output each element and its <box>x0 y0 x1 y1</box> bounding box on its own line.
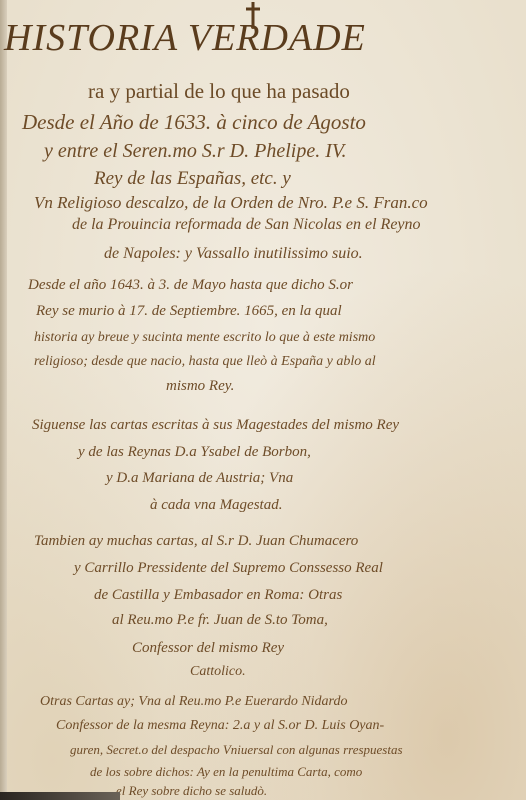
text-line: Confessor del mismo Rey <box>132 640 284 657</box>
document-title: HISTORIA VERDADE <box>4 16 366 60</box>
manuscript-page: HISTORIA VERDADE ra y partial de lo que … <box>0 0 526 800</box>
text-line: guren, Secret.o del despacho Vniuersal c… <box>70 742 403 758</box>
text-line: de los sobre dichos: Ay en la penultima … <box>90 764 362 780</box>
text-line: Rey se murio à 17. de Septiembre. 1665, … <box>36 303 342 320</box>
text-line: de Napoles: y Vassallo inutilissimo suio… <box>104 245 363 263</box>
text-line: de Castilla y Embasador en Roma: Otras <box>94 587 342 604</box>
text-line: Desde el Año de 1633. à cinco de Agosto <box>22 110 366 135</box>
text-line: y entre el Seren.mo S.r D. Phelipe. IV. <box>44 140 347 163</box>
page-binding-edge <box>0 0 7 800</box>
text-line: Vn Religioso descalzo, de la Orden de Nr… <box>34 193 428 213</box>
text-line: religioso; desde que nacio, hasta que ll… <box>34 354 376 370</box>
text-line: Siguense las cartas escritas à sus Mages… <box>32 417 399 434</box>
text-line: de la Prouincia reformada de San Nicolas… <box>72 216 421 234</box>
text-line: Otras Cartas ay; Vna al Reu.mo P.e Euera… <box>40 694 347 710</box>
text-line: Tambien ay muchas cartas, al S.r D. Juan… <box>34 533 358 550</box>
text-line: mismo Rey. <box>166 378 234 395</box>
text-line: Cattolico. <box>190 664 246 680</box>
text-line: y D.a Mariana de Austria; Vna <box>106 470 293 487</box>
page-bottom-shadow <box>0 792 120 800</box>
text-line: el Rey sobre dicho se saludò. <box>116 783 267 799</box>
text-line: y Carrillo Pressidente del Supremo Conss… <box>74 560 383 577</box>
text-line: y de las Reynas D.a Ysabel de Borbon, <box>78 444 311 461</box>
text-line: Desde el año 1643. à 3. de Mayo hasta qu… <box>28 277 353 294</box>
text-line: al Reu.mo P.e fr. Juan de S.to Toma, <box>112 612 328 629</box>
text-line: Confessor de la mesma Reyna: 2.a y al S.… <box>56 718 384 734</box>
text-line: à cada vna Magestad. <box>150 497 282 514</box>
text-line: Rey de las Españas, etc. y <box>94 168 291 190</box>
title-continuation: ra y partial de lo que ha pasado <box>88 79 350 104</box>
text-line: historia ay breue y sucinta mente escrit… <box>34 330 375 346</box>
